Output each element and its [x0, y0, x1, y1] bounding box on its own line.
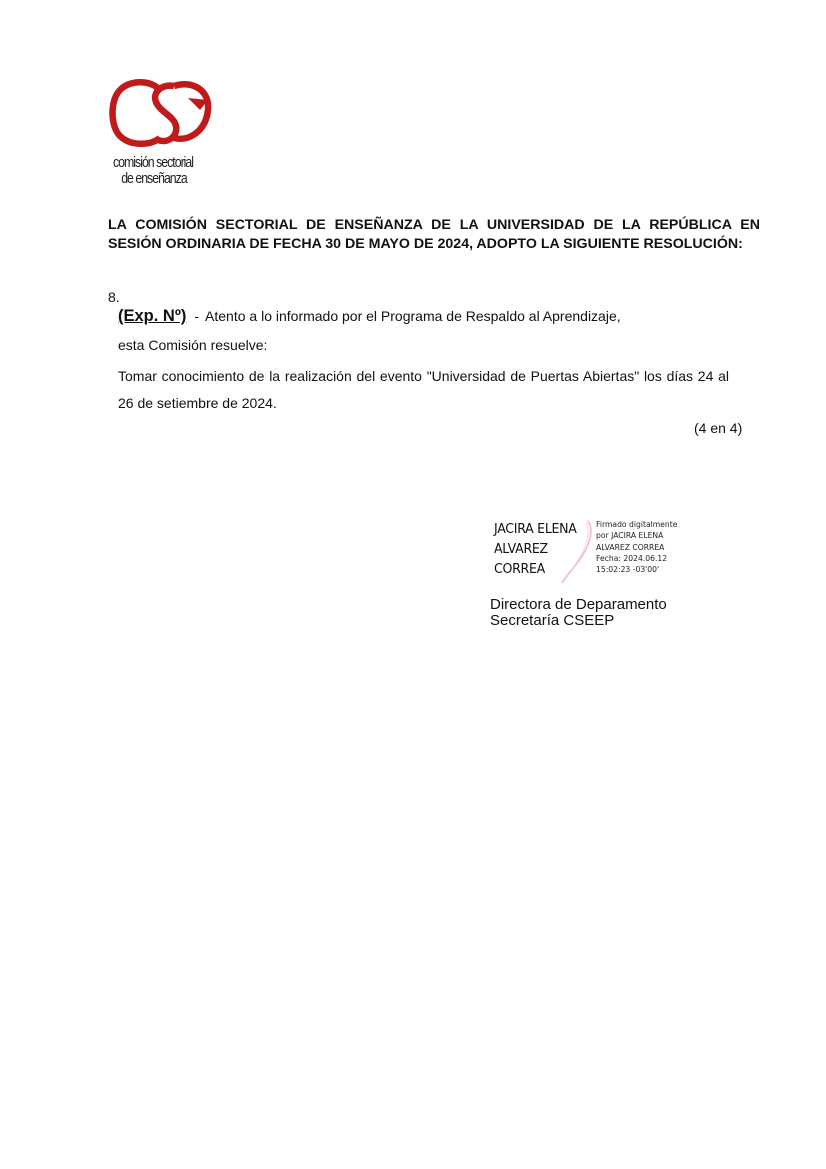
logo-text: comisión sectorial de enseñanza — [113, 155, 193, 187]
intro-text: Atento a lo informado por el Programa de… — [205, 308, 621, 324]
signature-details-line1: Firmado digitalmente — [596, 519, 677, 530]
page-count: (4 en 4) — [694, 420, 742, 436]
resolution-body: Tomar conocimiento de la realización del… — [118, 363, 729, 417]
signature-details-line3: ALVAREZ CORREA — [596, 542, 677, 553]
cse-logo-icon — [108, 78, 218, 150]
logo-text-line1: comisión sectorial — [113, 155, 193, 171]
signature-details-line2: por JACIRA ELENA — [596, 530, 677, 541]
digital-signature: JACIRA ELENA ALVAREZ CORREA Firmado digi… — [494, 519, 714, 585]
logo-text-line2: de enseñanza — [113, 171, 193, 187]
resolution-heading: LA COMISIÓN SECTORIAL DE ENSEÑANZA DE LA… — [108, 216, 760, 254]
signer-role-line1: Directora de Deparamento — [490, 597, 667, 613]
separator: - — [194, 308, 199, 324]
signature-date: Fecha: 2024.06.12 — [596, 553, 677, 564]
expedient-label: (Exp. Nº) — [118, 307, 186, 325]
signer-role: Directora de Deparamento Secretaría CSEE… — [490, 597, 667, 629]
expedient-line: (Exp. Nº)-Atento a lo informado por el P… — [118, 307, 621, 326]
signature-mark-icon — [556, 519, 596, 585]
signature-details: Firmado digitalmente por JACIRA ELENA AL… — [596, 519, 677, 575]
resolve-text: esta Comisión resuelve: — [118, 337, 267, 353]
signature-time: 15:02:23 -03'00' — [596, 564, 677, 575]
item-number: 8. — [108, 289, 120, 305]
institution-logo: comisión sectorial de enseñanza — [108, 78, 228, 193]
signer-role-line2: Secretaría CSEEP — [490, 613, 667, 629]
